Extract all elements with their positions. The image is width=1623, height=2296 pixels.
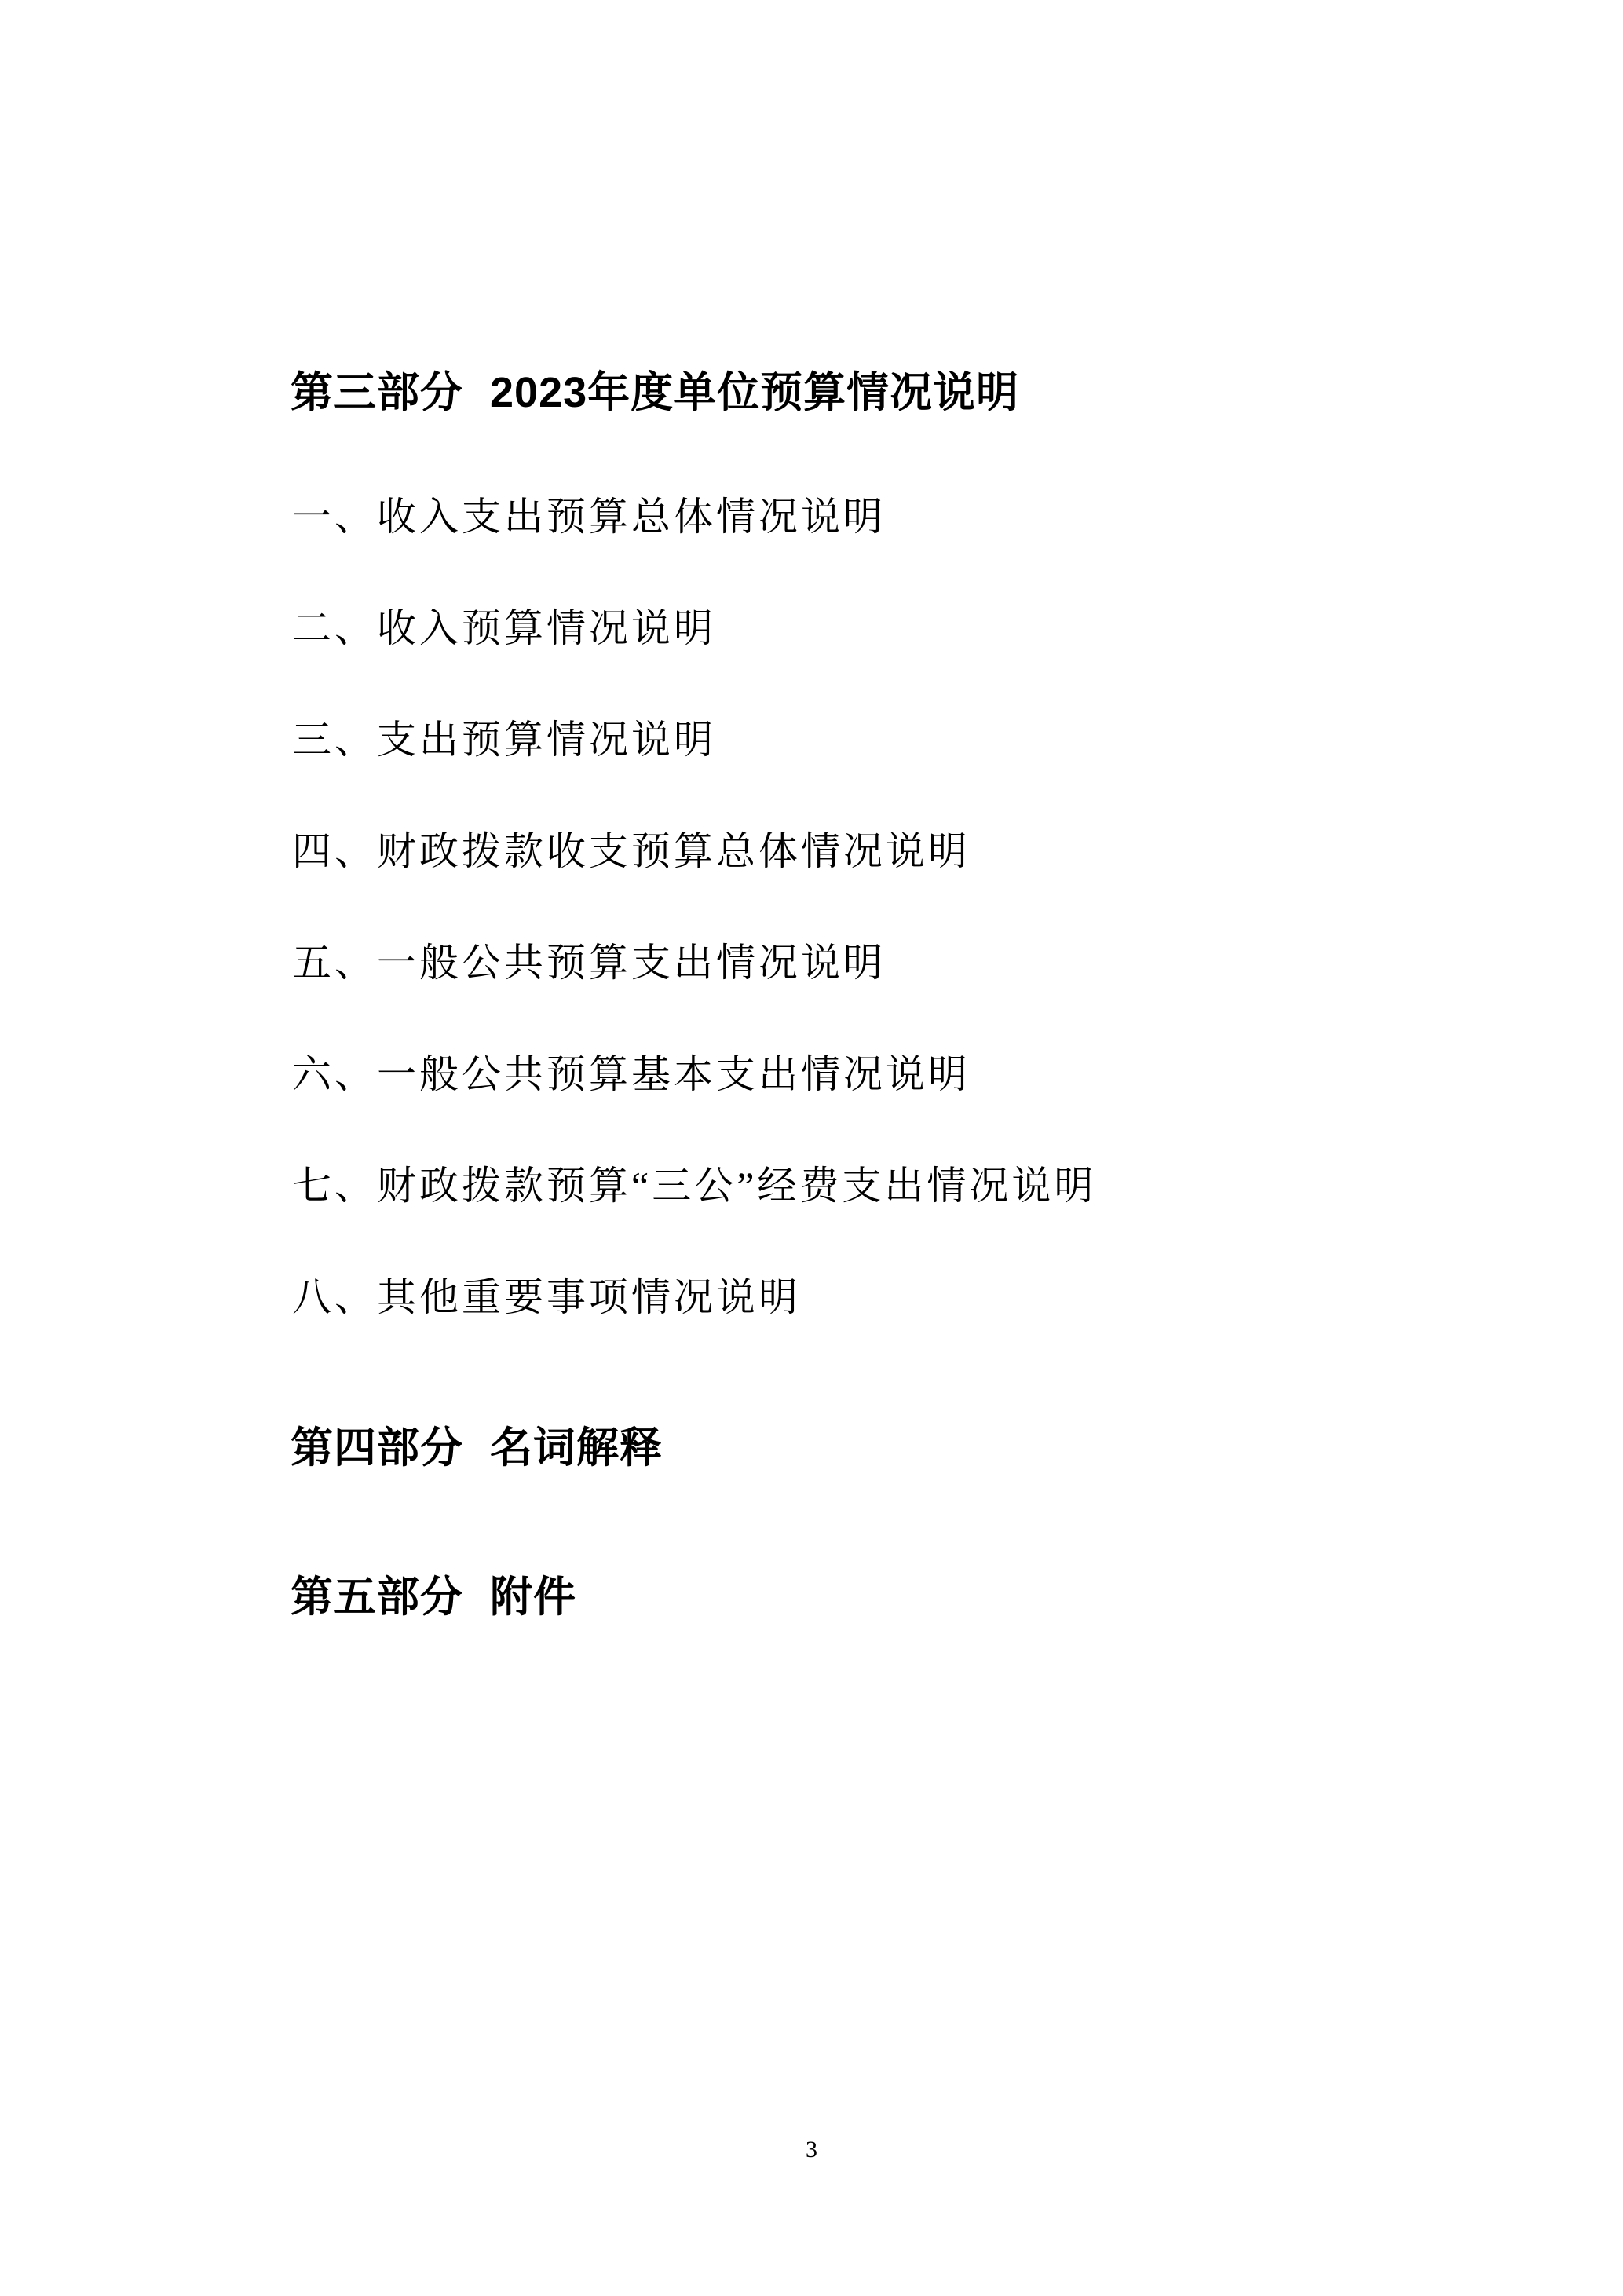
toc-item-3: 三、支出预算情况说明 — [292, 720, 716, 759]
toc-item-6: 六、一般公共预算基本支出情况说明 — [292, 1055, 971, 1094]
part4-heading: 第四部分 名词解释 — [291, 1427, 663, 1469]
toc-item-2: 二、收入预算情况说明 — [292, 609, 716, 648]
part5-heading: 第五部分 附件 — [291, 1576, 576, 1618]
toc-item-1: 一、收入支出预算总体情况说明 — [292, 497, 886, 536]
toc-item-5: 五、一般公共预算支出情况说明 — [292, 943, 886, 982]
page-number: 3 — [0, 2138, 1623, 2162]
part3-heading: 第三部分 2023年度单位预算情况说明 — [291, 371, 1019, 414]
toc-item-4: 四、财政拨款收支预算总体情况说明 — [292, 832, 971, 871]
toc-item-7: 七、财政拨款预算“三公”经费支出情况说明 — [292, 1166, 1096, 1205]
toc-item-8: 八、其他重要事项情况说明 — [292, 1278, 801, 1317]
document-page: 第三部分 2023年度单位预算情况说明 一、收入支出预算总体情况说明 二、收入预… — [0, 0, 1623, 2296]
